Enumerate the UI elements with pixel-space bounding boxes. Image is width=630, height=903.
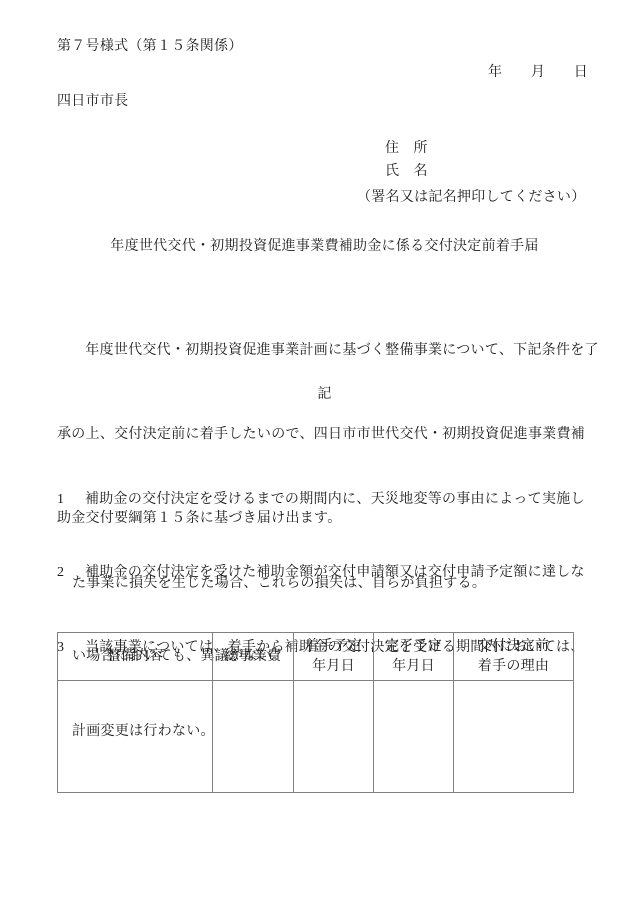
table-body-cell xyxy=(58,681,213,793)
form-number-label: 第７号様式（第１５条関係） xyxy=(57,33,243,61)
document-page: 第７号様式（第１５条関係） 年 月 日 四日市市長 住 所 氏 名 （署名又は記… xyxy=(0,0,630,903)
document-title: 年度世代交代・初期投資促進事業費補助金に係る交付決定前着手届 xyxy=(57,233,592,261)
table-header-row: 整備内容 総事業費 着手予定 年月日 完了予定 年月日 交付決定前 着手 xyxy=(58,633,574,681)
table-body-row xyxy=(58,681,574,793)
table-body-cell xyxy=(213,681,294,793)
table-header-cell-reason: 交付決定前 着手の理由 xyxy=(454,633,574,681)
header-line: 年月日 xyxy=(294,657,373,677)
header-line: 着手の理由 xyxy=(454,657,573,677)
table-body-cell xyxy=(374,681,454,793)
header-line: 年月日 xyxy=(374,657,453,677)
header-line: 交付決定前 xyxy=(454,637,573,657)
body-line: 年度世代交代・初期投資促進事業計画に基づく整備事業について、下記条件を了 xyxy=(57,337,589,365)
header-line: 着手予定 xyxy=(294,637,373,657)
addressee: 四日市市長 xyxy=(57,88,128,116)
signature-note: （署名又は記名押印してください） xyxy=(357,184,585,212)
table-header-cell-maintenance-content: 整備内容 xyxy=(58,633,213,681)
header-line: 完了予定 xyxy=(374,637,453,657)
schedule-table: 整備内容 総事業費 着手予定 年月日 完了予定 年月日 交付決定前 着手 xyxy=(57,632,574,793)
table-body-cell xyxy=(454,681,574,793)
header-line: 総事業費 xyxy=(213,647,293,667)
header-line: 整備内容 xyxy=(58,647,212,667)
table-header-cell-start-date: 着手予定 年月日 xyxy=(294,633,374,681)
table-header-cell-completion-date: 完了予定 年月日 xyxy=(374,633,454,681)
table-body-cell xyxy=(294,681,374,793)
ki-heading: 記 xyxy=(57,381,592,409)
date-line: 年 月 日 xyxy=(488,59,588,87)
table-header-cell-total-cost: 総事業費 xyxy=(213,633,294,681)
applicant-name-label: 氏 名 xyxy=(385,158,428,186)
